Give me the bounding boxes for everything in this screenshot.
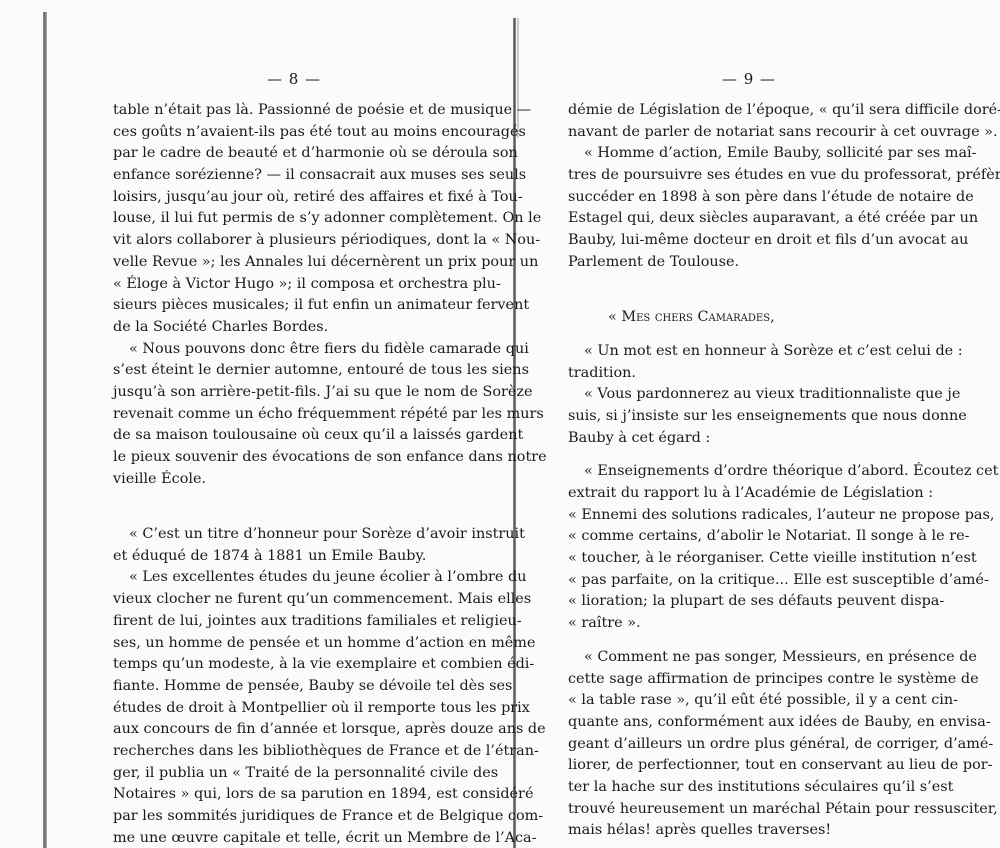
text-line: « Les excellentes études du jeune écolie… (113, 567, 475, 589)
page-edge-shadow (43, 12, 47, 848)
text-line: « Enseignements d’ordre théorique d’abor… (568, 461, 930, 483)
page-number: — 9 — (568, 70, 930, 88)
text-line: ses, un homme de pensée et un homme d’ac… (113, 633, 475, 655)
text-line: Bauby, lui-même docteur en droit et fils… (568, 230, 930, 252)
spacer (568, 329, 930, 341)
paragraph: « Nous pouvons donc être fiers du fidèle… (113, 339, 475, 491)
text-line: ger, il publia un « Traité de la personn… (113, 763, 475, 785)
text-line: firent de lui, jointes aux traditions fa… (113, 611, 475, 633)
text-line: suis, si j’insiste sur les enseignements… (568, 406, 930, 428)
text-line: enfance sorézienne? — il consacrait aux … (113, 165, 475, 187)
text-line: trouvé heureusement un maréchal Pétain p… (568, 799, 930, 821)
text-line: le pieux souvenir des évocations de son … (113, 447, 475, 469)
text-line: Bauby à cet égard : (568, 428, 930, 450)
text-line: loisirs, jusqu’au jour où, retiré des af… (113, 187, 475, 209)
paragraph: « Les excellentes études du jeune écolie… (113, 567, 475, 848)
text-line: Estagel qui, deux siècles auparavant, a … (568, 208, 930, 230)
page-body: table n’était pas là. Passionné de poési… (113, 100, 475, 848)
spacer (568, 449, 930, 461)
text-line: « la table rase », qu’il eût été possibl… (568, 690, 930, 712)
text-line: « Éloge à Victor Hugo »; il composa et o… (113, 274, 475, 296)
salutation-line: « Mes chers Camarades, (568, 307, 930, 329)
text-line: vieux clocher ne furent qu’un commenceme… (113, 589, 475, 611)
text-line: navant de parler de notariat sans recour… (568, 122, 930, 144)
text-line: études de droit à Montpellier où il remp… (113, 698, 475, 720)
text-line: louse, il lui fut permis de s’y adonner … (113, 208, 475, 230)
text-line: me une œuvre capitale et telle, écrit un… (113, 828, 475, 848)
page-number: — 8 — (113, 70, 475, 88)
text-line: jusqu’à son arrière-petit-fils. J’ai su … (113, 382, 475, 404)
text-line: tres de poursuivre ses études en vue du … (568, 165, 930, 187)
text-line: démie de Législation de l’époque, « qu’i… (568, 100, 930, 122)
text-line: ter la hache sur des institutions sécula… (568, 777, 930, 799)
text-line: cette sage affirmation de principes cont… (568, 669, 930, 691)
book-binding-gutter-shadow (517, 18, 519, 138)
text-line: « C’est un titre d’honneur pour Sorèze d… (113, 524, 475, 546)
text-line: recherches dans les bibliothèques de Fra… (113, 741, 475, 763)
text-line: succéder en 1898 à son père dans l’étude… (568, 187, 930, 209)
text-line: « Nous pouvons donc être fiers du fidèle… (113, 339, 475, 361)
spacer (113, 490, 475, 512)
text-line: ces goûts n’avaient-ils pas été tout au … (113, 122, 475, 144)
text-line: et éduqué de 1874 à 1881 un Emile Bauby. (113, 546, 475, 568)
text-line: quante ans, conformément aux idées de Ba… (568, 712, 930, 734)
text-line: « comme certains, d’abolir le Notariat. … (568, 526, 930, 548)
text-line: « pas parfaite, on la critique... Elle e… (568, 570, 930, 592)
text-line: « Comment ne pas songer, Messieurs, en p… (568, 647, 930, 669)
text-line: aux concours de fin d’année et lorsque, … (113, 719, 475, 741)
text-line: Parlement de Toulouse. (568, 252, 930, 274)
text-line: vit alors collaborer à plusieurs périodi… (113, 230, 475, 252)
text-line: de la Société Charles Bordes. (113, 317, 475, 339)
text-line: tradition. (568, 363, 930, 385)
spacer (568, 295, 930, 307)
text-line: par le cadre de beauté et d’harmonie où … (113, 143, 475, 165)
paragraph: « Vous pardonnerez au vieux traditionnal… (568, 384, 930, 449)
text-line: temps qu’un modeste, à la vie exemplaire… (113, 654, 475, 676)
page-body: démie de Législation de l’époque, « qu’i… (568, 100, 930, 842)
text-line: velle Revue »; les Annales lui décernère… (113, 252, 475, 274)
paragraph: démie de Législation de l’époque, « qu’i… (568, 100, 930, 143)
text-line: geant d’ailleurs un ordre plus général, … (568, 734, 930, 756)
text-line: vieille École. (113, 469, 475, 491)
text-line: « lioration; la plupart de ses défauts p… (568, 591, 930, 613)
text-line: extrait du rapport lu à l’Académie de Lé… (568, 483, 930, 505)
text-line: « Vous pardonnerez au vieux traditionnal… (568, 384, 930, 406)
text-line: « raître ». (568, 613, 930, 635)
salutation: « Mes chers Camarades, (568, 307, 930, 329)
paragraph: « Homme d’action, Emile Bauby, sollicité… (568, 143, 930, 273)
text-line: sieurs pièces musicales; il fut enfin un… (113, 295, 475, 317)
text-line: fiante. Homme de pensée, Bauby se dévoil… (113, 676, 475, 698)
text-line: « Homme d’action, Emile Bauby, sollicité… (568, 143, 930, 165)
text-line: « Un mot est en honneur à Sorèze et c’es… (568, 341, 930, 363)
spacer (113, 512, 475, 524)
paragraph: « Comment ne pas songer, Messieurs, en p… (568, 647, 930, 842)
paragraph: table n’était pas là. Passionné de poési… (113, 100, 475, 339)
paragraph: « Enseignements d’ordre théorique d’abor… (568, 461, 930, 635)
text-line: s’est éteint le dernier automne, entouré… (113, 360, 475, 382)
text-line: Notaires » qui, lors de sa parution en 1… (113, 784, 475, 806)
text-line: liorer, de perfectionner, tout en conser… (568, 755, 930, 777)
text-line: « toucher, à le réorganiser. Cette vieil… (568, 548, 930, 570)
spacer (568, 635, 930, 647)
text-line: de sa maison toulousaine où ceux qu’il a… (113, 425, 475, 447)
text-line: par les sommités juridiques de France et… (113, 806, 475, 828)
spacer (568, 274, 930, 296)
paragraph: « Un mot est en honneur à Sorèze et c’es… (568, 341, 930, 384)
text-line: revenait comme un écho fréquemment répét… (113, 404, 475, 426)
text-line: mais hélas! après quelles traverses! (568, 820, 930, 842)
text-line: table n’était pas là. Passionné de poési… (113, 100, 475, 122)
paragraph: « C’est un titre d’honneur pour Sorèze d… (113, 524, 475, 567)
text-line: « Ennemi des solutions radicales, l’aute… (568, 505, 930, 527)
